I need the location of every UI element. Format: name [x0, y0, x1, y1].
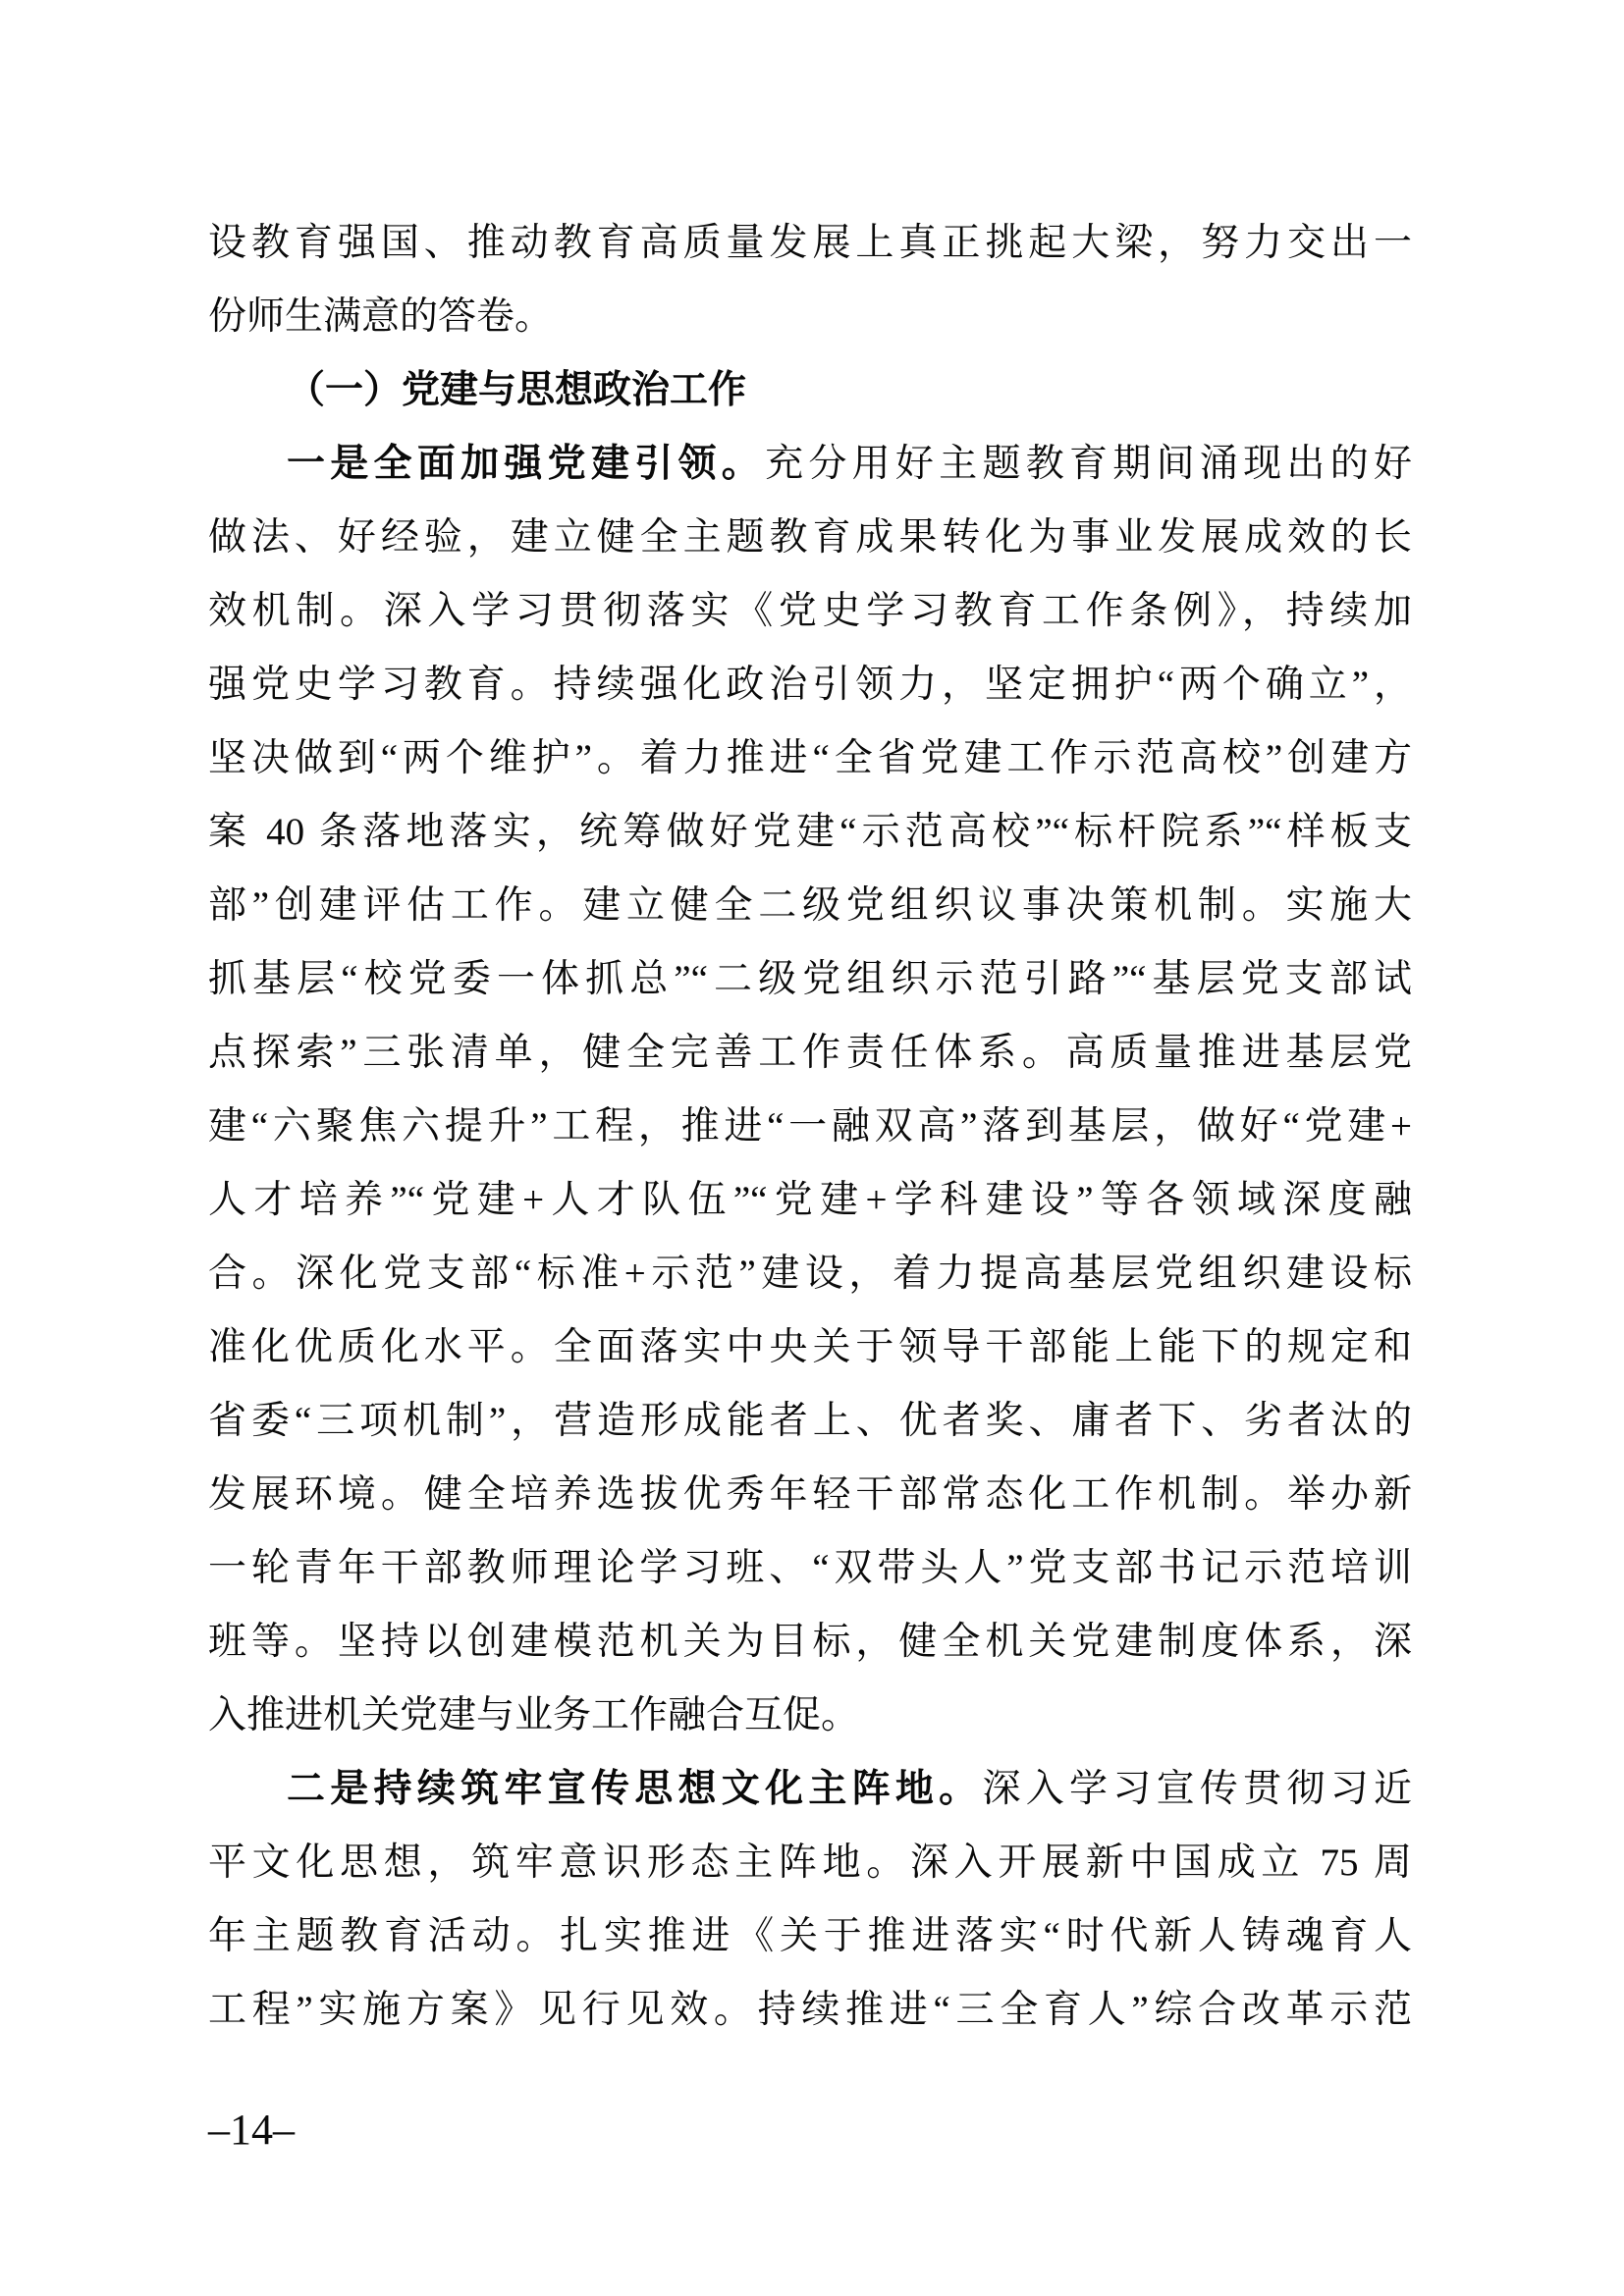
section-heading: （一）党建与思想政治工作 — [208, 353, 1412, 427]
text-line: 入推进机关党建与业务工作融合互促。 — [208, 1679, 1412, 1752]
text-line: 份师生满意的答卷。 — [208, 280, 1412, 353]
text-line: 省委“三项机制”，营造形成能者上、优者奖、庸者下、劣者汰的 — [208, 1384, 1412, 1458]
text-line: 准化优质化水平。全面落实中央关于领导干部能上能下的规定和 — [208, 1310, 1412, 1384]
text-line: 坚决做到“两个维护”。着力推进“全省党建工作示范高校”创建方 — [208, 721, 1412, 795]
paragraph-lead-bold: 二是持续筑牢宣传思想文化主阵地。 — [287, 1768, 982, 1810]
text-line: 二是持续筑牢宣传思想文化主阵地。深入学习宣传贯彻习近 — [208, 1752, 1412, 1826]
text-line: 效机制。深入学习贯彻落实《党史学习教育工作条例》，持续加 — [208, 574, 1412, 648]
text-line: 平文化思想，筑牢意识形态主阵地。深入开展新中国成立 75 周 — [208, 1826, 1412, 1899]
text-line: 案 40 条落地落实，统筹做好党建“示范高校”“标杆院系”“样板支 — [208, 795, 1412, 869]
text-line: 点探索”三张清单，健全完善工作责任体系。高质量推进基层党 — [208, 1016, 1412, 1090]
text-line: 年主题教育活动。扎实推进《关于推进落实“时代新人铸魂育人 — [208, 1899, 1412, 1973]
document-page: 设教育强国、推动教育高质量发展上真正挑起大梁，努力交出一份师生满意的答卷。（一）… — [0, 0, 1624, 2296]
text-line: 班等。坚持以创建模范机关为目标，健全机关党建制度体系，深 — [208, 1605, 1412, 1679]
document-lines: 设教育强国、推动教育高质量发展上真正挑起大梁，努力交出一份师生满意的答卷。（一）… — [208, 206, 1412, 2047]
text-line: 建“六聚焦六提升”工程，推进“一融双高”落到基层，做好“党建+ — [208, 1090, 1412, 1163]
text-line: 人才培养”“党建+人才队伍”“党建+学科建设”等各领域深度融 — [208, 1163, 1412, 1237]
text-line: 一轮青年干部教师理论学习班、“双带头人”党支部书记示范培训 — [208, 1531, 1412, 1605]
page-number: –14– — [208, 2101, 295, 2160]
text-line: 工程”实施方案》见行见效。持续推进“三全育人”综合改革示范 — [208, 1973, 1412, 2047]
text-line: 发展环境。健全培养选拔优秀年轻干部常态化工作机制。举办新 — [208, 1458, 1412, 1531]
text-line: 抓基层“校党委一体抓总”“二级党组织示范引路”“基层党支部试 — [208, 942, 1412, 1016]
text-line: 强党史学习教育。持续强化政治引领力，坚定拥护“两个确立”， — [208, 648, 1412, 721]
text-line: 一是全面加强党建引领。充分用好主题教育期间涌现出的好 — [208, 427, 1412, 501]
text-line: 设教育强国、推动教育高质量发展上真正挑起大梁，努力交出一 — [208, 206, 1412, 280]
text-line: 合。深化党支部“标准+示范”建设，着力提高基层党组织建设标 — [208, 1237, 1412, 1310]
text-line: 做法、好经验，建立健全主题教育成果转化为事业发展成效的长 — [208, 501, 1412, 574]
text-line: 部”创建评估工作。建立健全二级党组织议事决策机制。实施大 — [208, 869, 1412, 942]
paragraph-lead-bold: 一是全面加强党建引领。 — [287, 443, 765, 485]
